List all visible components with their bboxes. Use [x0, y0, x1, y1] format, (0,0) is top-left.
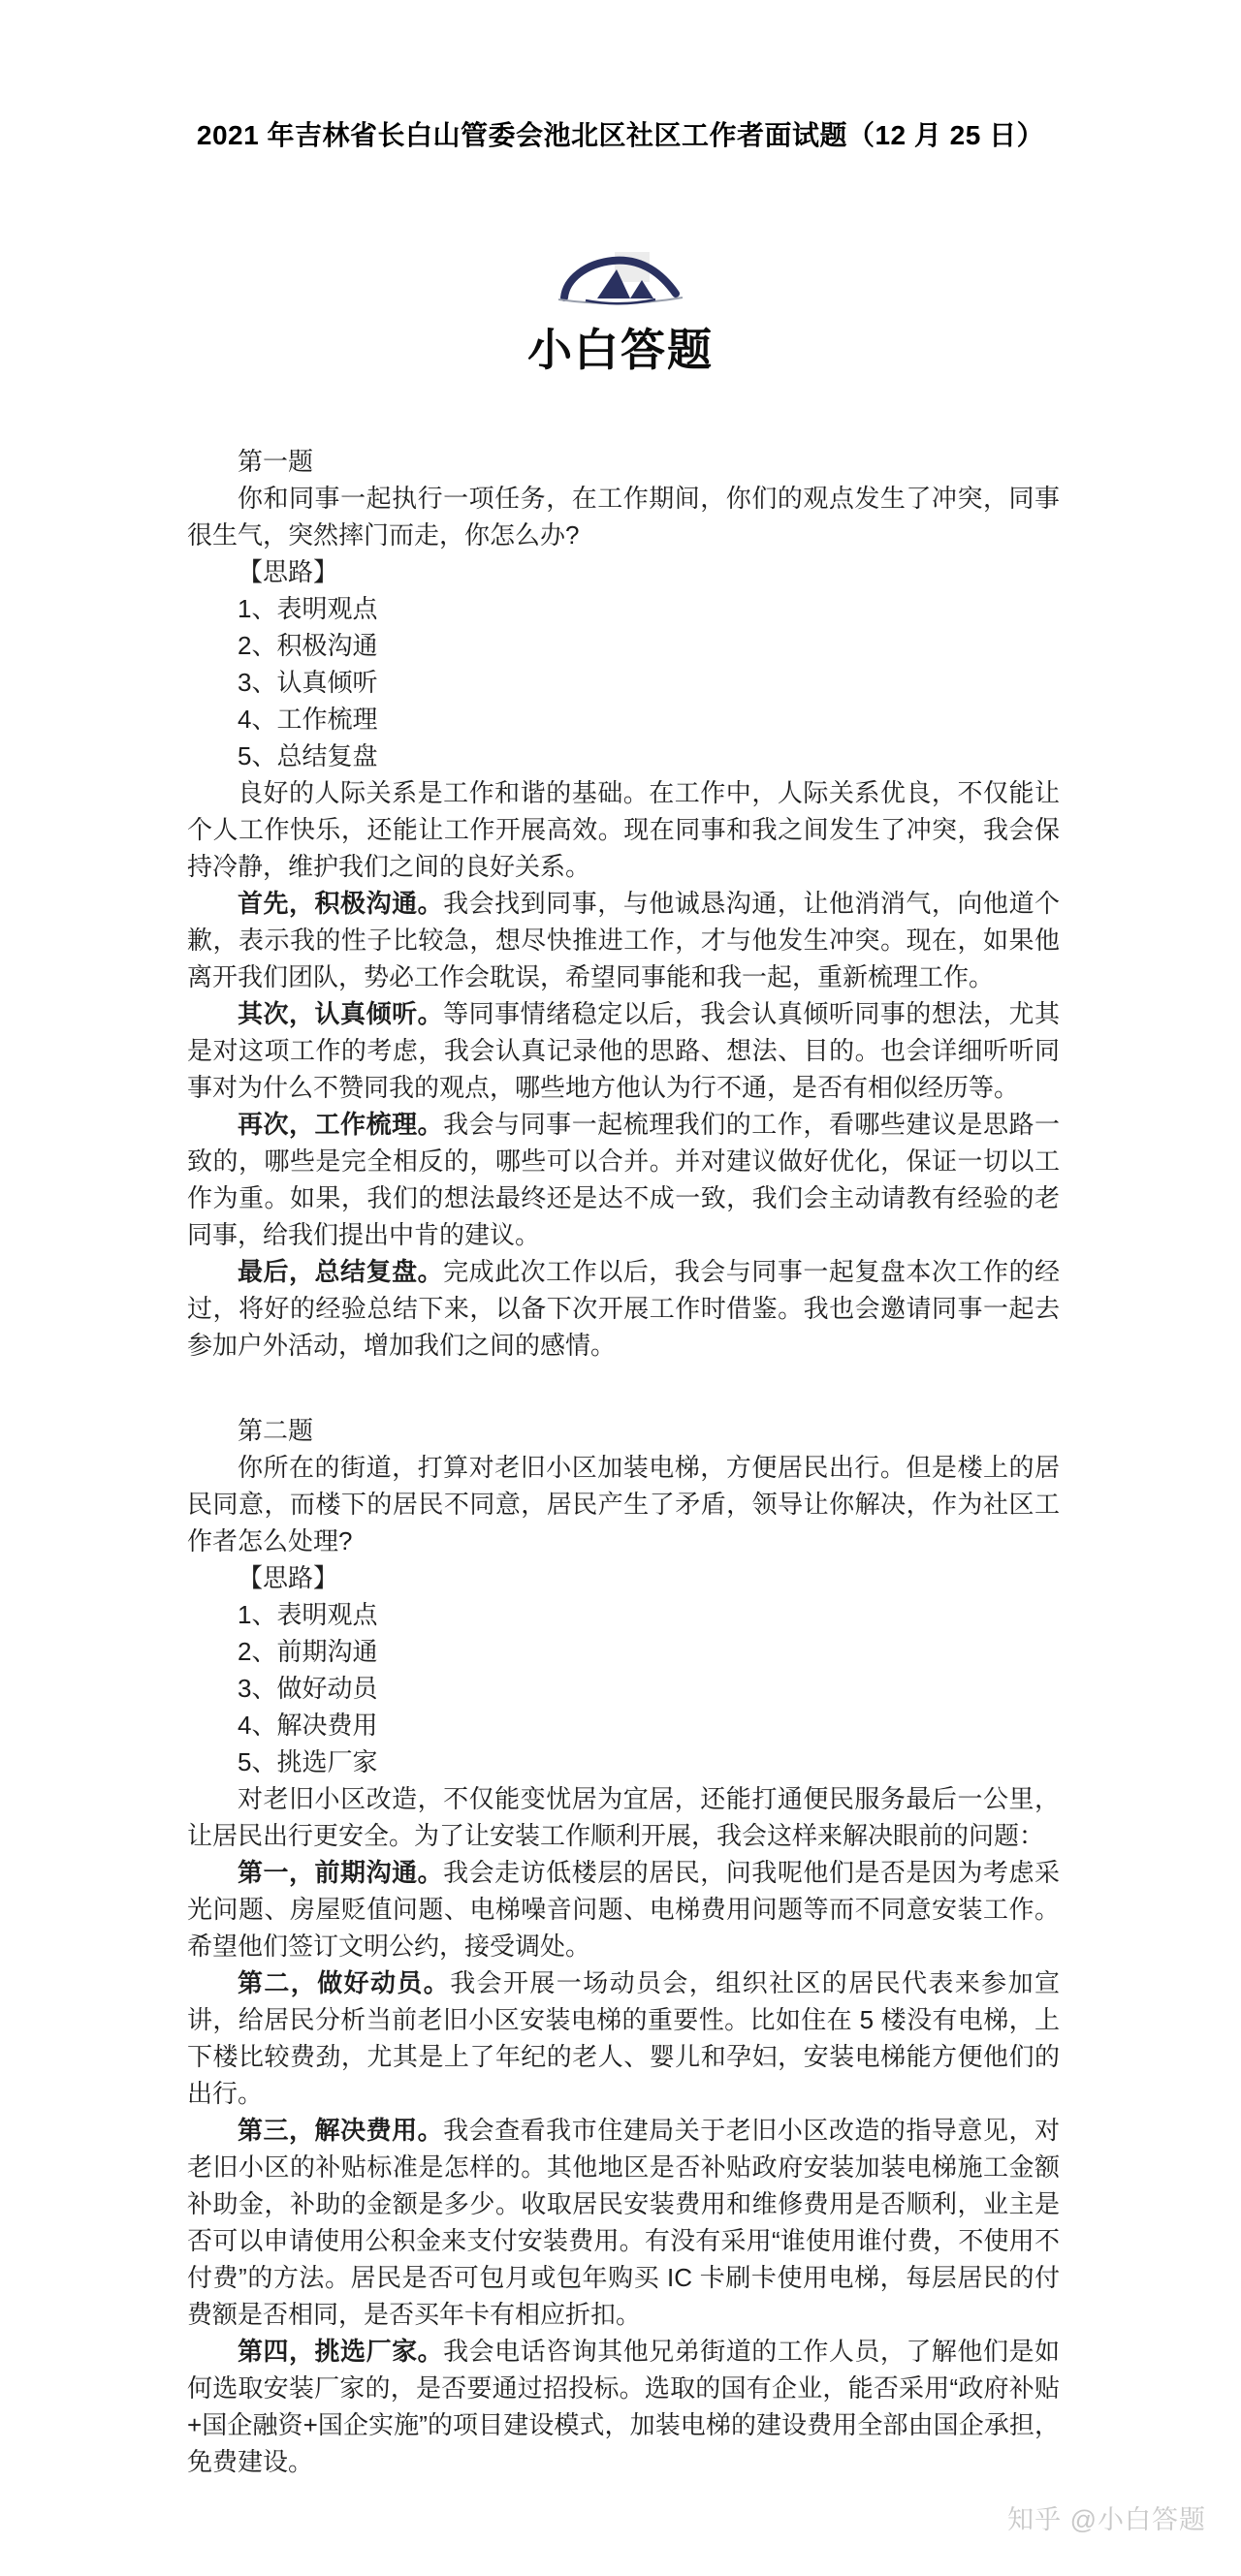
answer-paragraph: 对老旧小区改造，不仅能变忧居为宜居，还能打通便民服务最后一公里，让居民出行更安全… — [187, 1780, 1060, 1854]
document-body: 第一题你和同事一起执行一项任务，在工作期间，你们的观点发生了冲突，同事很生气，突… — [187, 443, 1060, 2480]
paragraph-lead: 第一，前期沟通。 — [238, 1858, 443, 1887]
paragraph-lead: 最后，总结复盘。 — [238, 1257, 443, 1286]
outline-item: 3、认真倾听 — [187, 664, 1060, 701]
outline-item: 1、表明观点 — [187, 590, 1060, 627]
outline-item: 5、挑选厂家 — [187, 1744, 1060, 1780]
section-heading: 第一题 — [187, 443, 1060, 480]
answer-paragraph: 其次，认真倾听。等同事情绪稳定以后，我会认真倾听同事的想法，尤其是对这项工作的考… — [187, 995, 1060, 1106]
answer-paragraph: 第四，挑选厂家。我会电话咨询其他兄弟街道的工作人员，了解他们是如何选取安装厂家的… — [187, 2333, 1060, 2480]
answer-paragraph: 再次，工作梳理。我会与同事一起梳理我们的工作，看哪些建议是思路一致的，哪些是完全… — [187, 1106, 1060, 1253]
answer-paragraph: 第三，解决费用。我会查看我市住建局关于老旧小区改造的指导意见，对老旧小区的补贴标… — [187, 2112, 1060, 2333]
outline-label: 【思路】 — [187, 1559, 1060, 1596]
answer-paragraph: 第二，做好动员。我会开展一场动员会，组织社区的居民代表来参加宣讲，给居民分析当前… — [187, 1964, 1060, 2112]
zhihu-watermark: 知乎 @小白答题 — [1007, 2503, 1206, 2536]
paragraph-lead: 第三，解决费用。 — [238, 2116, 443, 2145]
answer-paragraph: 第一，前期沟通。我会走访低楼层的居民，问我呢他们是否是因为考虑采光问题、房屋贬值… — [187, 1854, 1060, 1964]
document-page: 2021 年吉林省长白山管委会池北区社区工作者面试题（12 月 25 日） 小白… — [0, 0, 1241, 2576]
section-heading: 第二题 — [187, 1412, 1060, 1449]
paragraph-lead: 其次，认真倾听。 — [238, 999, 443, 1028]
outline-label: 【思路】 — [187, 553, 1060, 590]
paragraph-lead: 第四，挑选厂家。 — [238, 2337, 443, 2366]
paragraph-lead: 再次，工作梳理。 — [238, 1110, 443, 1139]
answer-paragraph: 首先，积极沟通。我会找到同事，与他诚恳沟通，让他消消气，向他道个歉，表示我的性子… — [187, 885, 1060, 995]
document-title: 2021 年吉林省长白山管委会池北区社区工作者面试题（12 月 25 日） — [0, 0, 1241, 154]
answer-paragraph: 良好的人际关系是工作和谐的基础。在工作中，人际关系优良，不仅能让个人工作快乐，还… — [187, 774, 1060, 885]
answer-paragraph: 最后，总结复盘。完成此次工作以后，我会与同事一起复盘本次工作的经过，将好的经验总… — [187, 1253, 1060, 1364]
question-text: 你所在的街道，打算对老旧小区加装电梯，方便居民出行。但是楼上的居民同意，而楼下的… — [187, 1449, 1060, 1559]
brand-name: 小白答题 — [0, 325, 1241, 375]
outline-item: 2、积极沟通 — [187, 627, 1060, 664]
paragraph-lead: 第二，做好动员。 — [238, 1968, 450, 1997]
outline-item: 4、解决费用 — [187, 1707, 1060, 1744]
question-text: 你和同事一起执行一项任务，在工作期间，你们的观点发生了冲突，同事很生气，突然摔门… — [187, 480, 1060, 553]
mountain-lake-icon — [553, 247, 688, 309]
outline-item: 1、表明观点 — [187, 1596, 1060, 1633]
outline-item: 2、前期沟通 — [187, 1633, 1060, 1670]
brand-logo: 小白答题 — [0, 247, 1241, 375]
outline-item: 3、做好动员 — [187, 1670, 1060, 1707]
paragraph-lead: 首先，积极沟通。 — [238, 889, 443, 918]
question-section: 第二题你所在的街道，打算对老旧小区加装电梯，方便居民出行。但是楼上的居民同意，而… — [187, 1412, 1060, 2480]
outline-item: 5、总结复盘 — [187, 738, 1060, 774]
question-section: 第一题你和同事一起执行一项任务，在工作期间，你们的观点发生了冲突，同事很生气，突… — [187, 443, 1060, 1364]
outline-item: 4、工作梳理 — [187, 701, 1060, 738]
